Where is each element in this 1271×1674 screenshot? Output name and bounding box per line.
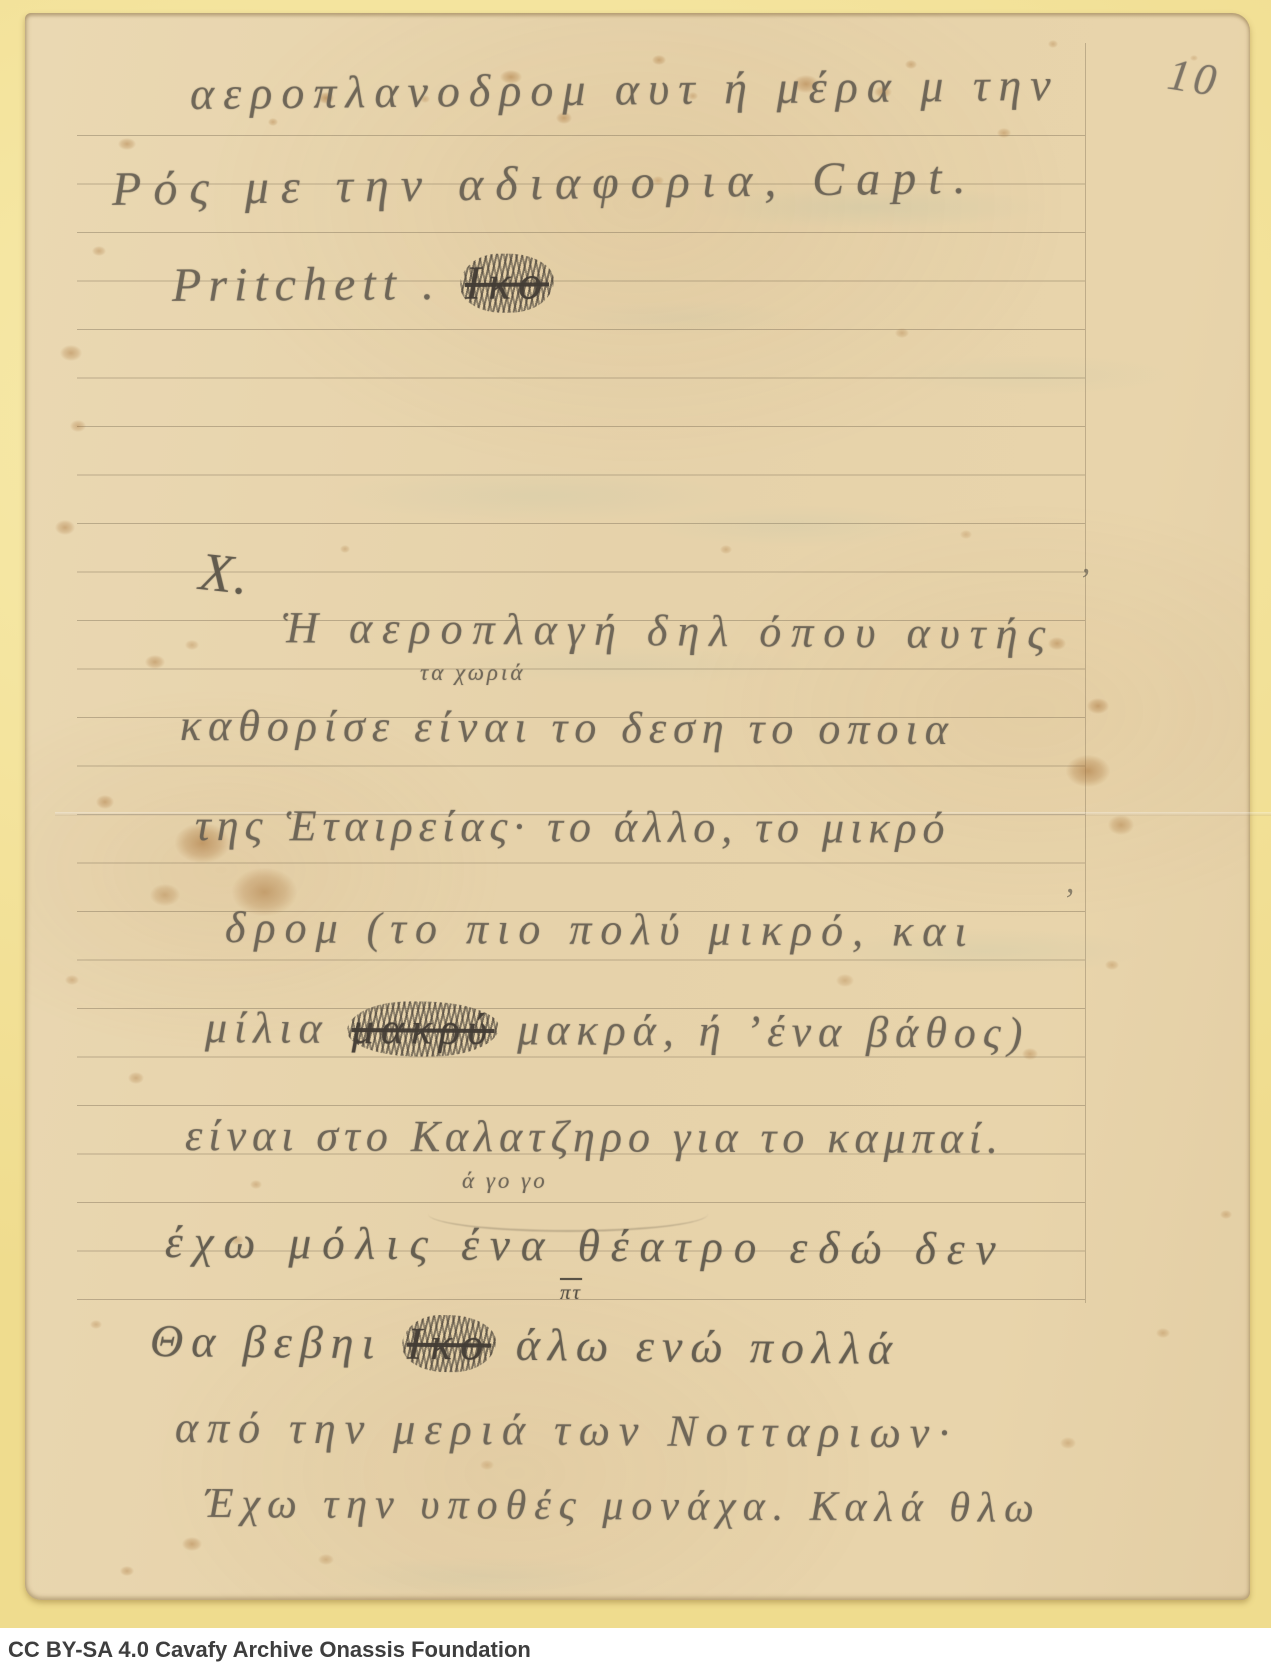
line-text: από την μεριά των Νοτταριων· — [175, 1403, 959, 1457]
handwritten-line-4: Ἡ αεροπλαγή δηλ όπου αυτής — [282, 602, 1056, 660]
line-text: της Ἑταιρείας· το άλλο, το μικρό — [195, 801, 951, 853]
handwritten-line-13: Έχω την υποθές μονάχα. Καλά θλω — [205, 1480, 1042, 1532]
handwritten-line-12: από την μεριά των Νοτταριων· — [175, 1402, 959, 1458]
handwritten-line-1: αεροπλανοδρομ αυτ ή μέρα μ την — [190, 58, 1060, 120]
crossed-out-word: μακρύ — [346, 1001, 499, 1057]
stray-pencil-mark: ’ — [1078, 562, 1089, 600]
handwritten-line-7: δρομ (το πιο πολύ μικρό, και — [225, 902, 976, 957]
line-text: έχω μόλις ένα θέατρο εδώ δεν — [165, 1217, 1007, 1274]
margin-line — [1085, 43, 1086, 1303]
line-text: Θα βεβηι — [150, 1315, 402, 1369]
mark-text: ’ — [1078, 562, 1089, 599]
line-text: Pritchett . — [172, 257, 460, 312]
superscript-insert: πτ — [560, 1280, 582, 1305]
handwritten-line-5: καθορίσε είναι το δεση το οποια — [180, 700, 955, 755]
line-text: μίλια — [205, 1003, 347, 1053]
insert-text: πτ — [560, 1280, 582, 1304]
line-text: άλω ενώ πολλά — [496, 1319, 900, 1374]
handwritten-line-6: της Ἑταιρείας· το άλλο, το μικρό — [195, 800, 951, 854]
scanned-manuscript-screenshot: { "page_number": "10", "caption": { "tex… — [0, 0, 1271, 1674]
crossed-out-word: Ικο — [460, 253, 554, 313]
interlinear-insert: ά γο γο — [462, 1168, 548, 1194]
crossed-out-word: Ικο — [402, 1315, 497, 1373]
license-caption: CC BY-SA 4.0 Cavafy Archive Onassis Foun… — [8, 1628, 531, 1672]
line-text: μακρά, ή ʼένα βάθος) — [499, 1005, 1029, 1058]
handwritten-line-11: Θα βεβηι Ικο άλω ενώ πολλά — [150, 1312, 901, 1377]
section-mark: Χ. — [197, 540, 254, 607]
line-text: Χ. — [197, 541, 253, 606]
line-text: καθορίσε είναι το δεση το οποια — [180, 701, 955, 754]
handwritten-line-10: έχω μόλις ένα θέατρο εδώ δεν — [165, 1216, 1007, 1275]
line-text: Ἡ αεροπλαγή δηλ όπου αυτής — [282, 603, 1056, 659]
line-text: δρομ (το πιο πολύ μικρό, και — [225, 903, 976, 956]
interlinear-insert: τα χωριά — [420, 660, 525, 686]
page-number: 10 — [1164, 48, 1223, 107]
insert-text: τα χωριά — [420, 660, 525, 685]
line-text: αεροπλανοδρομ αυτ ή μέρα μ την — [190, 59, 1060, 119]
line-text: είναι στο Καλατζηρο για το καμπαί. — [185, 1111, 1004, 1163]
line-text: Ρός με την αδιαφορια, Capt. — [112, 151, 978, 216]
line-text: Έχω την υποθές μονάχα. Καλά θλω — [205, 1481, 1042, 1531]
handwritten-line-8: μίλια μακρύ μακρά, ή ʼένα βάθος) — [205, 1000, 1030, 1061]
caption-bar: CC BY-SA 4.0 Cavafy Archive Onassis Foun… — [0, 1628, 1271, 1674]
handwritten-line-3: Pritchett . Ικο — [172, 253, 554, 315]
mark-text: ’ — [1062, 882, 1073, 919]
insert-text: ά γο γο — [462, 1168, 548, 1193]
stray-pencil-mark: ’ — [1062, 882, 1073, 920]
handwritten-line-9: είναι στο Καλατζηρο για το καμπαί. — [185, 1110, 1004, 1164]
